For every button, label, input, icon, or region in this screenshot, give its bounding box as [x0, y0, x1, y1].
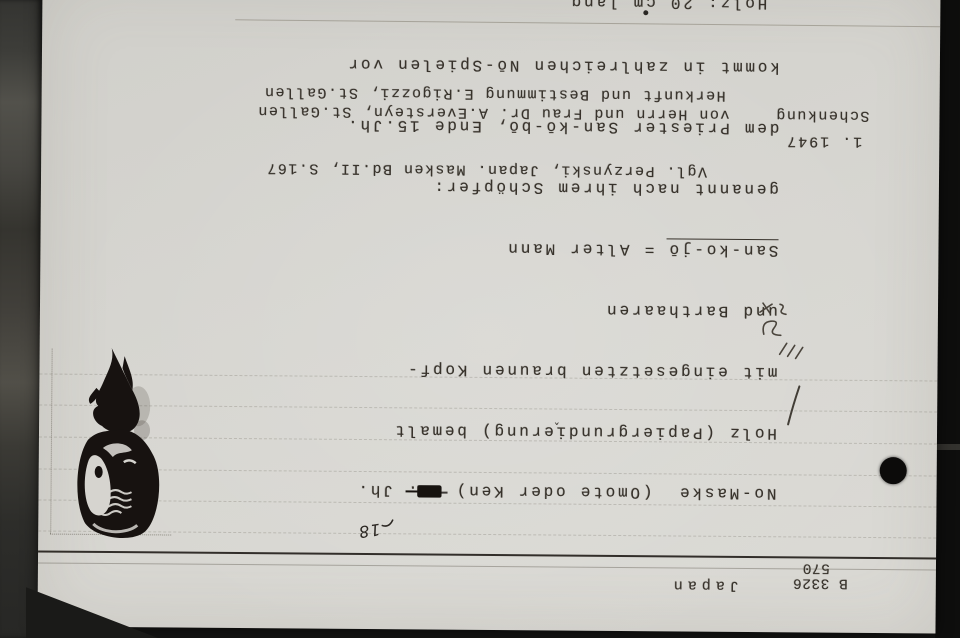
description-line: mit eingesetzten braunen Kopf-	[343, 358, 777, 382]
description-line: und Barthaaren	[344, 297, 778, 321]
description-line: genannt nach ihrem Schöpfer:	[345, 176, 779, 200]
pencil-scribble-annotation	[746, 298, 818, 361]
insertion-caret: ˆ	[554, 411, 561, 426]
film-strip-left	[0, 0, 42, 638]
reference-line: Vgl. Perzynski, Japan. Masken Bd.II, S.1…	[266, 159, 707, 179]
donation-label: Schenkung	[775, 106, 870, 124]
description-block: No-Maske (Omote oder Ken) . Jh. Holz (Pa…	[342, 0, 781, 544]
description-line: San-ko-jō = Alter Mann	[344, 236, 778, 260]
catalog-card: B 3326 570 Japan No-Maske (Omote oder Ke…	[37, 0, 940, 634]
year-note: 1. 1947	[785, 132, 862, 150]
inventory-number: B 3326	[793, 574, 848, 590]
provenance-line: Herkunft und Bestimmung E.Rigozzi, St.Ga…	[264, 83, 726, 104]
header-rule	[38, 550, 936, 559]
dust-speck	[643, 10, 648, 15]
dimension-line: Holz: 20 cm lang	[346, 0, 780, 14]
description-line: kommt in zahlreichen Nō-Spielen vor	[346, 54, 780, 78]
margin-slash-annotation	[785, 384, 801, 426]
punch-hole	[880, 457, 907, 484]
film-strip-notch	[935, 444, 960, 450]
handwriting-flourish-icon	[380, 517, 395, 529]
noh-mask-stamp-icon	[71, 344, 168, 543]
struck-out-century	[418, 486, 442, 498]
description-line: No-Maske (Omote oder Ken) . Jh.	[342, 480, 776, 504]
region-label: Japan	[669, 576, 739, 594]
donation-line: von Herrn und Frau Dr. A.Eversteyn, St.G…	[257, 102, 730, 123]
